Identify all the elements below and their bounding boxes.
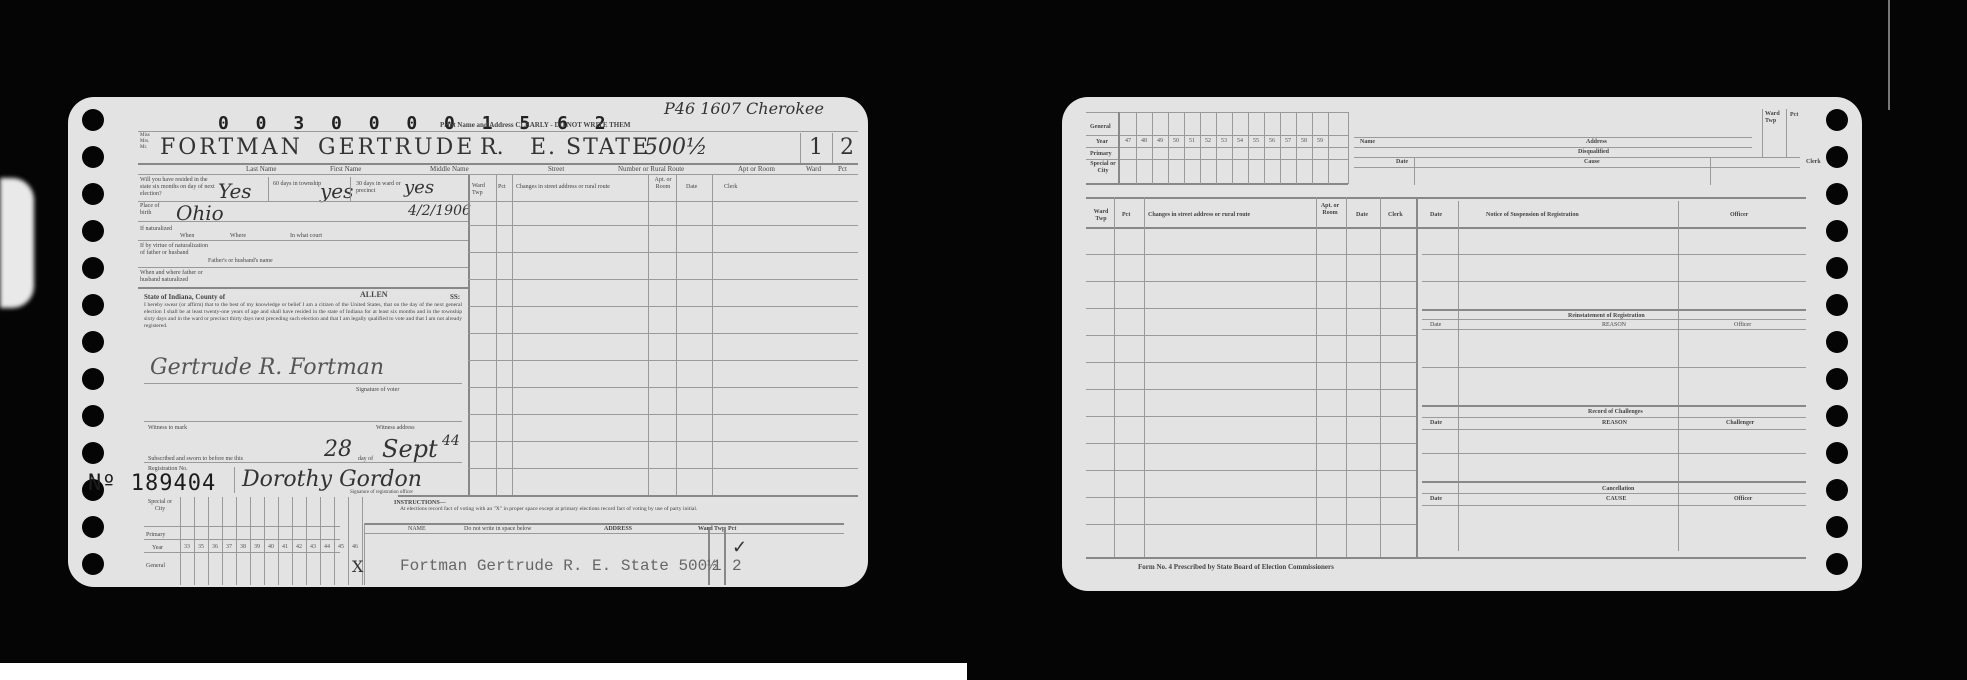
grid-label-primary: Primary <box>146 531 165 539</box>
question-township: 60 days in township <box>273 181 323 188</box>
label-number: Number or Rural Route <box>618 165 684 173</box>
label-witness-address: Witness address <box>376 424 415 432</box>
disq-pct-label: Pct <box>1790 111 1798 119</box>
grid-year: 36 <box>208 544 222 550</box>
voter-signature: Gertrude R. Fortman <box>150 355 384 380</box>
general-1944-vote-mark: X <box>352 557 363 576</box>
grid-year: 58 <box>1296 138 1312 144</box>
instructions-col-pct: Pct <box>728 525 736 533</box>
grid-year: 53 <box>1216 138 1232 144</box>
cancellation-title: Cancellation <box>1602 485 1634 493</box>
instructions-col-note: Do not write in space below <box>464 525 531 533</box>
punch-hole <box>82 368 104 390</box>
label-place-of-birth: Place of birth <box>140 203 170 217</box>
label-first-name: First Name <box>330 165 361 173</box>
col-pct: Pct <box>498 183 506 191</box>
punch-hole <box>82 294 104 316</box>
grid-year: 41 <box>278 544 292 550</box>
col-changes: Changes in street address or rural route <box>1148 211 1250 219</box>
punch-hole <box>1826 405 1848 427</box>
form-footer: Form No. 4 Prescribed by State Board of … <box>1138 563 1334 571</box>
reinstatement-reason-label: REASON <box>1602 321 1626 329</box>
answer-state-residence: Yes <box>218 179 252 203</box>
label-street: Street <box>548 165 564 173</box>
challenges-date-label: Date <box>1430 419 1442 427</box>
middle-initial-value: R. <box>480 135 504 160</box>
punch-hole <box>1826 146 1848 168</box>
punch-hole <box>82 516 104 538</box>
disq-clerk-label: Clerk <box>1806 158 1821 166</box>
pct-value: 2 <box>840 135 854 160</box>
grid-year: 46 <box>348 544 362 550</box>
label-witness-to-mark: Witness to mark <box>148 424 187 432</box>
prefix-mr: Mr. <box>140 145 147 151</box>
label-father-when-where: When and where father or husband natural… <box>140 270 220 284</box>
punch-hole <box>82 331 104 353</box>
grid-year: 33 <box>180 544 194 550</box>
reinstatement-date-label: Date <box>1430 321 1441 329</box>
grid-label-special: Special or City <box>146 499 174 513</box>
col-apt: Apt. or Room <box>652 177 674 191</box>
reinstatement-officer-label: Officer <box>1734 321 1751 329</box>
bottom-white-strip <box>0 663 967 680</box>
oath-state-label: State of Indiana, County of <box>144 293 225 301</box>
cancellation-cause-label: CAUSE <box>1606 495 1626 503</box>
grid-label-year: Year <box>152 544 163 552</box>
label-last-name: Last Name <box>246 165 277 173</box>
grid-label-primary: Primary <box>1090 150 1112 158</box>
instructions-col-name: NAME <box>408 525 426 533</box>
subscribed-month: Sept <box>382 435 438 463</box>
col-ward-twp: Ward Twp <box>472 183 494 197</box>
label-signature-of-voter: Signature of voter <box>356 386 399 394</box>
punch-hole <box>1826 294 1848 316</box>
disq-name-label: Name <box>1360 138 1375 146</box>
punch-hole <box>1826 109 1848 131</box>
grid-year: 51 <box>1184 138 1200 144</box>
col-apt: Apt. or Room <box>1318 203 1342 217</box>
punch-hole <box>1826 553 1848 575</box>
challenges-title: Record of Challenges <box>1588 408 1643 416</box>
label-naturalized: If naturalized <box>140 225 172 233</box>
grid-label-special: Special or City <box>1090 161 1116 175</box>
punch-hole <box>82 220 104 242</box>
street-value: E. STATE <box>530 135 650 160</box>
grid-label-general: General <box>1090 123 1111 131</box>
answer-township: yes <box>320 179 353 203</box>
grid-year: 40 <box>264 544 278 550</box>
grid-year: 49 <box>1152 138 1168 144</box>
punch-hole <box>82 442 104 464</box>
challenges-reason-label: REASON <box>1602 419 1627 427</box>
label-where: Where <box>230 232 246 240</box>
label-father-naturalization: If by virtue of naturalization of father… <box>140 243 210 257</box>
label-pct: Pct <box>838 165 847 173</box>
col-ward-twp: Ward Twp <box>1090 209 1112 223</box>
grid-year: 35 <box>194 544 208 550</box>
label-middle-name: Middle Name <box>430 165 469 173</box>
suspension-title: Notice of Suspension of Registration <box>1486 211 1579 219</box>
punch-hole <box>82 553 104 575</box>
suspension-date-label: Date <box>1430 211 1442 219</box>
registration-card-back: General Year Primary Special or City 47 … <box>1062 97 1862 591</box>
punch-hole <box>1826 516 1848 538</box>
grid-year: 54 <box>1232 138 1248 144</box>
last-name-value: FORTMAN <box>160 135 303 160</box>
typed-pct: 2 <box>732 557 742 575</box>
grid-year: 50 <box>1168 138 1184 144</box>
grid-label-general: General <box>146 562 165 570</box>
grid-year: 48 <box>1136 138 1152 144</box>
grid-year: 39 <box>250 544 264 550</box>
label-father-name: Father's or husband's name <box>208 257 273 265</box>
header-note: Print Name and Address CLEARLY - DO NOT … <box>440 121 631 129</box>
date-of-birth-value: 4/2/1906 <box>408 203 471 219</box>
label-when: When <box>180 232 194 240</box>
col-date: Date <box>1356 211 1368 219</box>
first-name-value: GERTRUDE <box>318 135 475 160</box>
pct-checkmark: ✓ <box>732 537 747 558</box>
cancellation-officer-label: Officer <box>1734 495 1752 503</box>
col-clerk: Clerk <box>724 183 737 191</box>
punch-hole <box>1826 479 1848 501</box>
grid-year: 43 <box>306 544 320 550</box>
instructions-col-ward: Ward Twp <box>698 525 725 533</box>
disq-title: Disqualified <box>1578 148 1609 156</box>
label-apt: Apt or Room <box>738 165 775 173</box>
grid-year: 47 <box>1120 138 1136 144</box>
disq-date-label: Date <box>1396 158 1408 166</box>
question-state-residence: Will you have resided in the state six m… <box>140 177 220 198</box>
punch-hole <box>1826 257 1848 279</box>
grid-year: 44 <box>320 544 334 550</box>
grid-year: 37 <box>222 544 236 550</box>
answer-precinct: yes <box>404 177 434 198</box>
subscribed-day: 28 <box>324 437 352 462</box>
col-pct: Pct <box>1122 211 1130 219</box>
grid-year: 52 <box>1200 138 1216 144</box>
label-court: In what court <box>290 232 322 240</box>
grid-year: 55 <box>1248 138 1264 144</box>
oath-ss: SS: <box>450 293 460 301</box>
disq-address-label: Address <box>1586 138 1607 146</box>
grid-year: 45 <box>334 544 348 550</box>
adjacent-card-edge <box>0 178 34 308</box>
suspension-officer-label: Officer <box>1730 211 1748 219</box>
house-number-value: 500½ <box>644 135 707 160</box>
instructions-text: At elections record fact of voting with … <box>400 506 820 513</box>
label-registration-officer: Signature of registration officer <box>350 489 413 497</box>
col-changes: Changes in street address or rural route <box>516 183 610 191</box>
label-ward: Ward <box>806 165 821 173</box>
typed-name-address: Fortman Gertrude R. E. State 500½ <box>400 557 717 575</box>
grid-year: 42 <box>292 544 306 550</box>
punch-hole <box>1826 220 1848 242</box>
cancellation-date-label: Date <box>1430 495 1442 503</box>
punch-hole <box>82 183 104 205</box>
punch-hole <box>1826 368 1848 390</box>
oath-text: I hereby swear (or affirm) that to the b… <box>144 302 462 330</box>
punch-hole <box>82 257 104 279</box>
instructions-col-address: ADDRESS <box>604 525 632 533</box>
punch-hole <box>82 146 104 168</box>
typed-ward: 1 <box>712 557 722 575</box>
punch-hole <box>1826 183 1848 205</box>
grid-year: 59 <box>1312 138 1328 144</box>
punch-hole <box>1826 442 1848 464</box>
punch-hole <box>82 405 104 427</box>
grid-year: 57 <box>1280 138 1296 144</box>
grid-label-year: Year <box>1096 138 1108 146</box>
registration-card-front: 0 0 3 0 0 0 0 1 5 6 2 Print Name and Add… <box>68 97 868 587</box>
col-date: Date <box>686 183 697 191</box>
col-clerk: Clerk <box>1388 211 1403 219</box>
challenges-challenger-label: Challenger <box>1726 419 1754 427</box>
punch-hole <box>82 109 104 131</box>
subscribed-year: 44 <box>442 433 460 449</box>
grid-year: 56 <box>1264 138 1280 144</box>
corner-annotation: P46 1607 Cherokee <box>664 99 824 118</box>
punch-hole <box>1826 331 1848 353</box>
scan-artifact-line <box>1888 0 1890 110</box>
disq-ward-label: Ward Twp <box>1765 111 1785 125</box>
ward-value: 1 <box>809 135 823 160</box>
disq-cause-label: Cause <box>1584 158 1600 166</box>
grid-year: 38 <box>236 544 250 550</box>
registration-number: Nº 189404 <box>88 471 216 496</box>
oath-county: ALLEN <box>360 291 388 299</box>
